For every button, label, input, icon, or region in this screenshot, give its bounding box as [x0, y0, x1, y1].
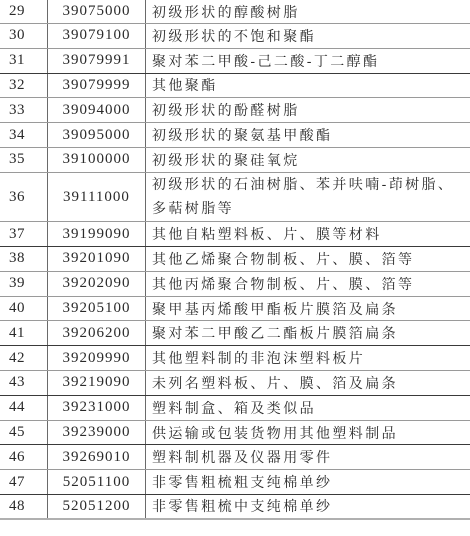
table-row: 34 39095000 初级形状的聚氨基甲酸酯 — [0, 123, 470, 148]
product-name: 聚甲基丙烯酸甲酯板片膜箔及扁条 — [146, 297, 470, 321]
product-name: 其他乙烯聚合物制板、片、膜、箔等 — [146, 247, 470, 271]
product-name: 塑料制盒、箱及类似品 — [146, 396, 470, 420]
row-number: 44 — [0, 396, 48, 420]
hs-code: 52051200 — [48, 495, 146, 518]
table-row: 30 39079100 初级形状的不饱和聚酯 — [0, 24, 470, 49]
product-name: 非零售粗梳粗支纯棉单纱 — [146, 470, 470, 494]
hs-code: 39079991 — [48, 49, 146, 73]
row-number: 29 — [0, 0, 48, 23]
table-row: 45 39239000 供运输或包装货物用其他塑料制品 — [0, 421, 470, 446]
row-number: 42 — [0, 346, 48, 370]
table-row: 32 39079999 其他聚酯 — [0, 74, 470, 99]
tariff-code-table: 29 39075000 初级形状的醇酸树脂 30 39079100 初级形状的不… — [0, 0, 470, 520]
product-name: 塑料制机器及仪器用零件 — [146, 445, 470, 469]
hs-code: 39075000 — [48, 0, 146, 23]
product-name: 聚对苯二甲酸-己二酸-丁二醇酯 — [146, 49, 470, 73]
table-row: 46 39269010 塑料制机器及仪器用零件 — [0, 445, 470, 470]
product-name: 初级形状的不饱和聚酯 — [146, 24, 470, 48]
product-name: 未列名塑料板、片、膜、箔及扁条 — [146, 371, 470, 395]
table-row: 48 52051200 非零售粗梳中支纯棉单纱 — [0, 495, 470, 520]
product-name: 其他自粘塑料板、片、膜等材料 — [146, 222, 470, 246]
table-row: 42 39209990 其他塑料制的非泡沫塑料板片 — [0, 346, 470, 371]
row-number: 39 — [0, 272, 48, 296]
table-row: 29 39075000 初级形状的醇酸树脂 — [0, 0, 470, 24]
row-number: 34 — [0, 123, 48, 147]
hs-code: 39199090 — [48, 222, 146, 246]
table-row: 36 39111000 初级形状的石油树脂、苯并呋喃-茚树脂、多萜树脂等 — [0, 173, 470, 223]
hs-code: 52051100 — [48, 470, 146, 494]
hs-code: 39231000 — [48, 396, 146, 420]
hs-code: 39079999 — [48, 74, 146, 98]
product-name: 其他丙烯聚合物制板、片、膜、箔等 — [146, 272, 470, 296]
table-row: 44 39231000 塑料制盒、箱及类似品 — [0, 396, 470, 421]
row-number: 35 — [0, 148, 48, 172]
table-row: 35 39100000 初级形状的聚硅氧烷 — [0, 148, 470, 173]
row-number: 30 — [0, 24, 48, 48]
hs-code: 39100000 — [48, 148, 146, 172]
row-number: 48 — [0, 495, 48, 518]
hs-code: 39269010 — [48, 445, 146, 469]
product-name: 初级形状的聚氨基甲酸酯 — [146, 123, 470, 147]
product-name: 其他聚酯 — [146, 74, 470, 98]
table-row: 33 39094000 初级形状的酚醛树脂 — [0, 98, 470, 123]
hs-code: 39205100 — [48, 297, 146, 321]
hs-code: 39239000 — [48, 421, 146, 445]
row-number: 47 — [0, 470, 48, 494]
table-row: 41 39206200 聚对苯二甲酸乙二酯板片膜箔扁条 — [0, 321, 470, 346]
row-number: 40 — [0, 297, 48, 321]
row-number: 31 — [0, 49, 48, 73]
hs-code: 39209990 — [48, 346, 146, 370]
hs-code: 39201090 — [48, 247, 146, 271]
row-number: 41 — [0, 321, 48, 345]
row-number: 46 — [0, 445, 48, 469]
row-number: 36 — [0, 173, 48, 222]
table-row: 43 39219090 未列名塑料板、片、膜、箔及扁条 — [0, 371, 470, 396]
product-name: 聚对苯二甲酸乙二酯板片膜箔扁条 — [146, 321, 470, 345]
table-row: 31 39079991 聚对苯二甲酸-己二酸-丁二醇酯 — [0, 49, 470, 74]
row-number: 38 — [0, 247, 48, 271]
table-row: 40 39205100 聚甲基丙烯酸甲酯板片膜箔及扁条 — [0, 297, 470, 322]
hs-code: 39219090 — [48, 371, 146, 395]
row-number: 43 — [0, 371, 48, 395]
table-row: 37 39199090 其他自粘塑料板、片、膜等材料 — [0, 222, 470, 247]
hs-code: 39206200 — [48, 321, 146, 345]
hs-code: 39094000 — [48, 98, 146, 122]
product-name: 非零售粗梳中支纯棉单纱 — [146, 495, 470, 518]
product-name: 初级形状的石油树脂、苯并呋喃-茚树脂、多萜树脂等 — [146, 173, 470, 222]
product-name: 供运输或包装货物用其他塑料制品 — [146, 421, 470, 445]
product-name: 其他塑料制的非泡沫塑料板片 — [146, 346, 470, 370]
hs-code: 39202090 — [48, 272, 146, 296]
row-number: 45 — [0, 421, 48, 445]
table-row: 47 52051100 非零售粗梳粗支纯棉单纱 — [0, 470, 470, 495]
row-number: 37 — [0, 222, 48, 246]
product-name: 初级形状的醇酸树脂 — [146, 0, 470, 23]
hs-code: 39111000 — [48, 173, 146, 222]
row-number: 33 — [0, 98, 48, 122]
hs-code: 39095000 — [48, 123, 146, 147]
product-name: 初级形状的聚硅氧烷 — [146, 148, 470, 172]
hs-code: 39079100 — [48, 24, 146, 48]
row-number: 32 — [0, 74, 48, 98]
table-row: 38 39201090 其他乙烯聚合物制板、片、膜、箔等 — [0, 247, 470, 272]
table-row: 39 39202090 其他丙烯聚合物制板、片、膜、箔等 — [0, 272, 470, 297]
product-name: 初级形状的酚醛树脂 — [146, 98, 470, 122]
